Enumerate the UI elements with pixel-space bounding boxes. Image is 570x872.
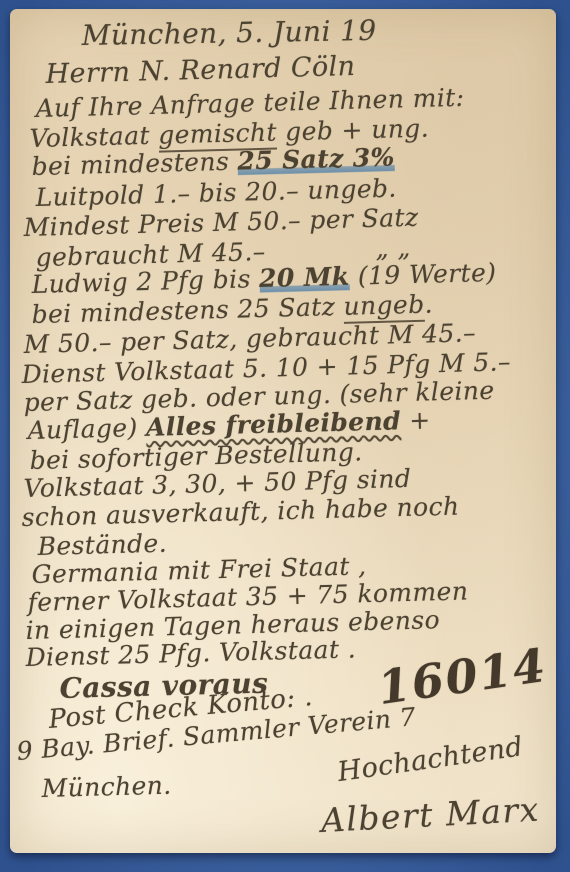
signature-text: Albert Marx xyxy=(320,790,541,840)
line-text: München. xyxy=(41,771,172,803)
wavy-underlined-text: Alles freibleibend xyxy=(146,406,402,442)
recipient-line: Herrn N. Renard Cöln xyxy=(45,51,356,90)
blue-crayon-underlined-text: 25 Satz 3% xyxy=(237,143,395,178)
date-text: München, 5. Juni 19 xyxy=(81,14,376,52)
line-text: Auflage) xyxy=(27,413,146,445)
line-text: Volkstaat xyxy=(29,121,158,153)
recipient-text: Herrn N. Renard Cöln xyxy=(45,51,356,90)
line-text: bei mindestens xyxy=(31,147,238,181)
date-line: München, 5. Juni 19 xyxy=(81,14,376,52)
line-text: + xyxy=(401,405,431,435)
line-text: Ludwig 2 Pfg bis xyxy=(31,264,259,299)
signature: Albert Marx xyxy=(320,790,541,840)
city-line: München. xyxy=(41,771,172,803)
closing-phrase: Hochachtend xyxy=(336,731,525,788)
line-text: . xyxy=(424,290,433,319)
postcard-paper: München, 5. Juni 19 Herrn N. Renard Cöln… xyxy=(10,9,556,853)
ink-underlined-text: ungeb xyxy=(343,290,425,324)
line-text: geb + ung. xyxy=(276,114,429,147)
blue-crayon-underlined-text: 20 Mk xyxy=(259,262,350,295)
line-text: (19 Werte) xyxy=(349,258,497,291)
ditto-marks: „ „ xyxy=(375,233,411,263)
closing-text: Hochachtend xyxy=(336,731,525,788)
scanned-postcard: München, 5. Juni 19 Herrn N. Renard Cöln… xyxy=(0,0,570,872)
